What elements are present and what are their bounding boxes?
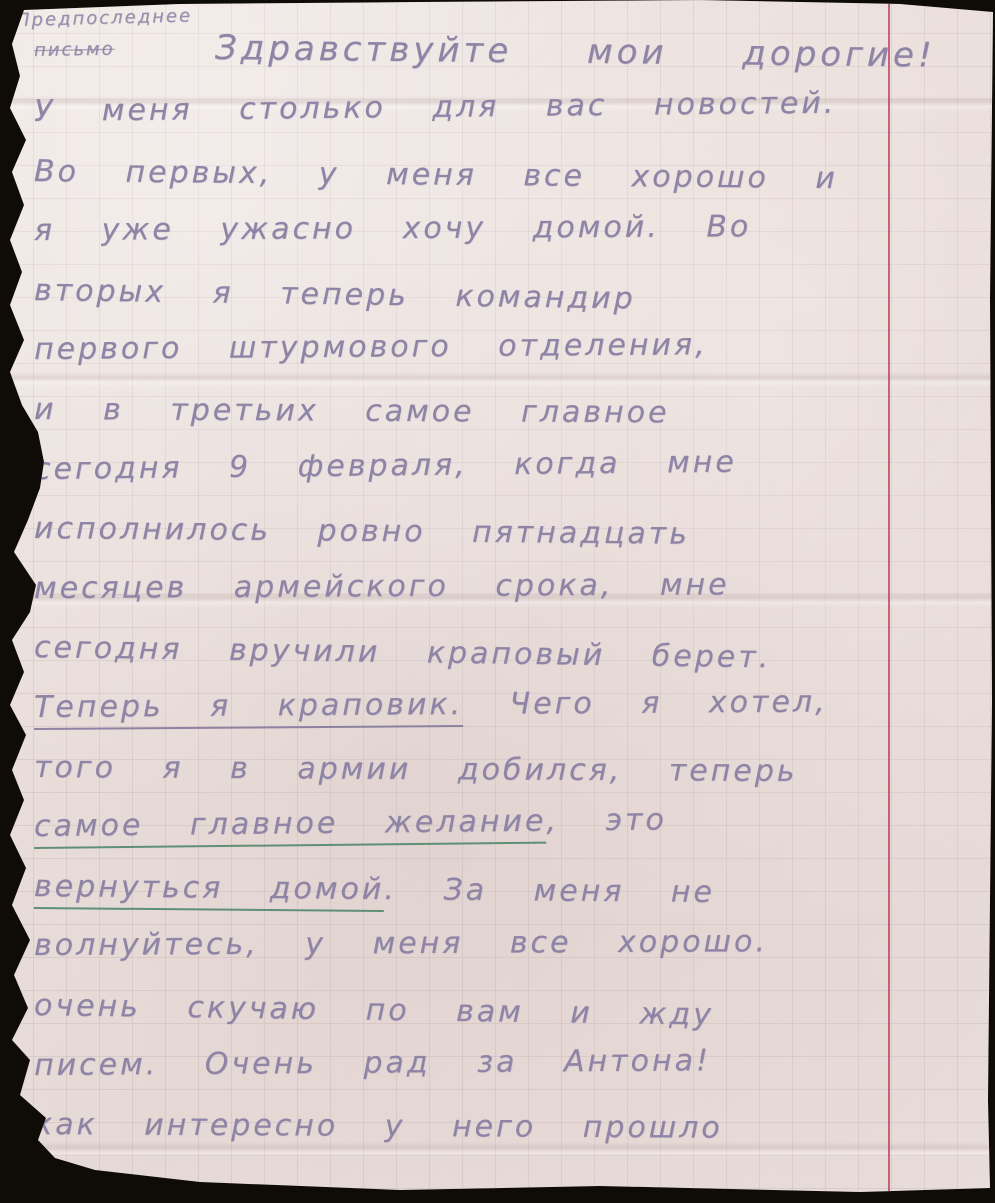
letter-text-segment: Во первых, у меня все хорошо и	[34, 154, 838, 199]
letter-line: сегодня вручили краповый берет.	[34, 630, 772, 675]
letter-text-segment: , это	[546, 802, 667, 841]
letter-text-segment: вернуться домой	[34, 869, 385, 912]
letter-line: очень скучаю по вам и жду	[34, 988, 714, 1032]
letter-line: Теперь я краповик. Чего я хотел,	[34, 684, 828, 725]
letter-text-segment: самое главное желание	[34, 804, 547, 849]
letter-line: самое главное желание, это	[34, 802, 667, 844]
letter-text-segment: сегодня вручили краповый берет.	[34, 630, 772, 678]
letter-line: как интересно у него прошло	[34, 1107, 723, 1146]
letter-text-segment: писем. Очень рад за Антона!	[34, 1043, 711, 1086]
letter-line: вернуться домой. За меня не	[34, 869, 715, 910]
paper-crease	[0, 372, 995, 388]
letter-text-segment: У меня столько для вас новостей.	[34, 86, 837, 132]
letter-line: У меня столько для вас новостей.	[34, 86, 837, 129]
letter-text-segment: сегодня 9 февраля, когда мне	[34, 445, 737, 490]
letter-text-segment: . За меня не	[384, 872, 715, 913]
letter-text-segment: я уже ужасно хочу домой. Во	[34, 209, 751, 251]
letter-line: того я в армии добился, теперь	[34, 750, 798, 789]
letter-line: и в третьих самое главное	[34, 392, 670, 430]
margin-line	[888, 0, 890, 1203]
letter-text-segment: того я в армии добился, теперь	[34, 750, 798, 792]
letter-text-segment: Теперь я краповик.	[34, 687, 463, 730]
letter-text-segment: как интересно у него прошло	[34, 1107, 723, 1149]
letter-text-segment: вторых я теперь командир	[34, 273, 636, 319]
letter-line: я уже ужасно хочу домой. Во	[34, 209, 751, 248]
letter-paper: Предпоследнее письмо Здравствуйте мои до…	[0, 0, 995, 1203]
letter-text-segment: и в третьих самое главное	[34, 392, 670, 433]
letter-line: волнуйтесь, у меня все хорошо.	[34, 924, 768, 963]
letter-line: первого штурмового отделения,	[34, 327, 708, 367]
letter-text-segment: исполнилось ровно пятнадцать	[34, 511, 690, 555]
letter-text-segment: очень скучаю по вам и жду	[34, 988, 714, 1035]
letter-line: писем. Очень рад за Антона!	[34, 1043, 711, 1083]
letter-line: месяцев армейского срока, мне	[34, 567, 730, 606]
letter-text-segment: месяцев армейского срока, мне	[34, 567, 730, 609]
greeting-line: Здравствуйте мои дорогие!	[215, 28, 936, 76]
letter-line: сегодня 9 февраля, когда мне	[34, 445, 737, 487]
letter-line: исполнилось ровно пятнадцать	[34, 511, 690, 552]
corner-note-line-1: Предпоследнее	[16, 5, 193, 31]
letter-text-segment: первого штурмового отделения,	[34, 327, 708, 370]
letter-text-segment: Чего я хотел,	[463, 684, 828, 725]
letter-line: вторых я теперь командир	[34, 273, 636, 316]
corner-note-line-2: письмо	[34, 39, 115, 61]
letter-line: Во первых, у меня все хорошо и	[34, 154, 838, 196]
scanned-letter: Предпоследнее письмо Здравствуйте мои до…	[0, 0, 995, 1203]
letter-text-segment: волнуйтесь, у меня все хорошо.	[34, 924, 768, 966]
